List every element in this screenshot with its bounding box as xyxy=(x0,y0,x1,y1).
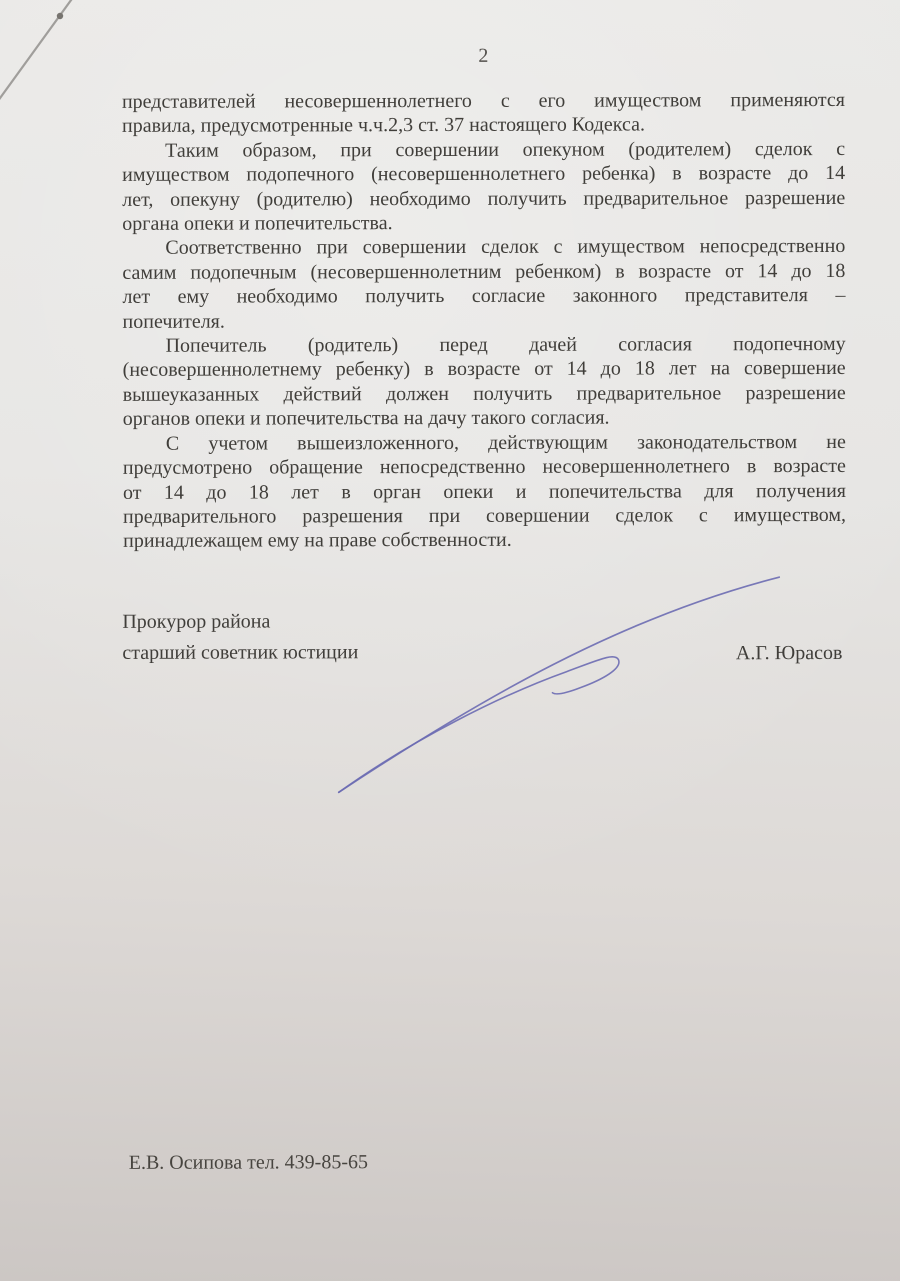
signature-ink xyxy=(0,0,900,1281)
signature-loop-stroke xyxy=(338,657,619,793)
signature-main-stroke xyxy=(338,577,780,792)
page-content: 2 представителей несовершеннолетнего с е… xyxy=(0,0,900,1281)
executor-contact: Е.В. Осипова тел. 439-85-65 xyxy=(129,1151,368,1175)
scanned-document-page: 2 представителей несовершеннолетнего с е… xyxy=(0,0,900,1281)
